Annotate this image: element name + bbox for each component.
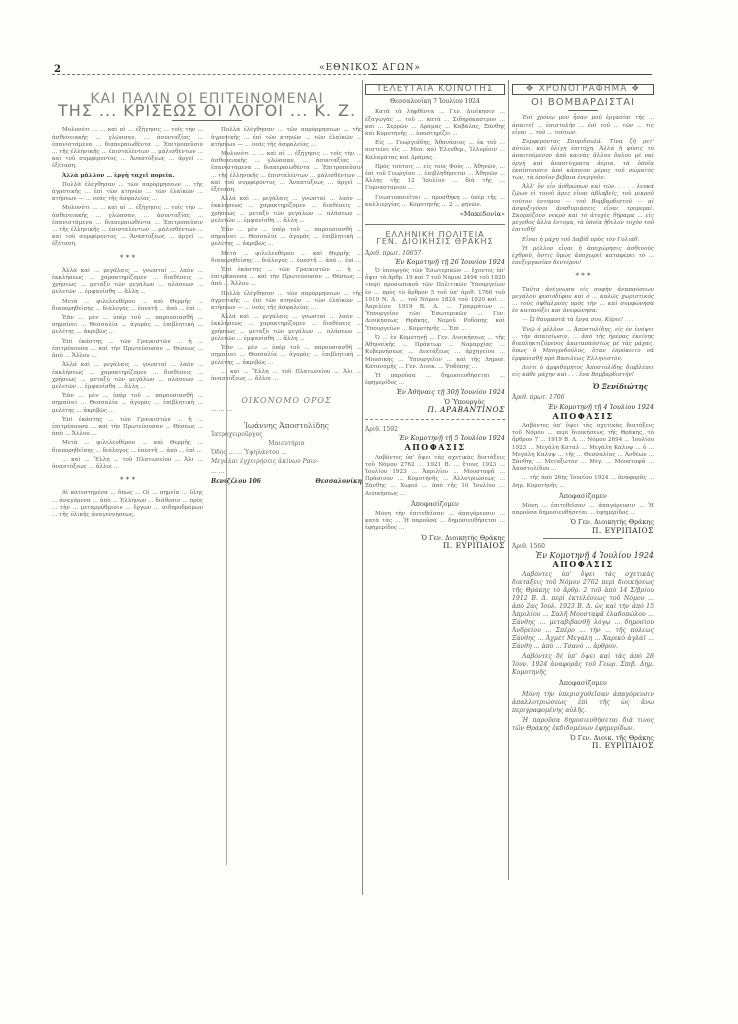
ornament-icon: ❖: [526, 84, 539, 94]
paragraph: Λαβόντες ὑπ' ὄψει τὰς σχετικὰς διατάξεις…: [512, 571, 654, 651]
paragraph: Κατὰ τὰ ληφθέντα ... Γεν. Διοίκησιν ... …: [365, 109, 505, 138]
paragraph: Ἀλλ' ὅν εἶν ἀνθρώπων καὶ τῶν. . . . . λε…: [512, 184, 654, 234]
advertisement: ΟΙΚΟΝΟΜΟ ΟΡΟΣ ... ... ... Ἰωάννης Ἀποστο…: [211, 397, 362, 485]
paragraph: ... καὶ ... Ἔλλη ... τοῦ Πλατωνείου ... …: [52, 457, 203, 471]
headline-rule: [172, 120, 242, 121]
notice-subtitle: ΓΕΝ. ΔΙΟΙΚΗΣΙΣ ΘΡΑΚΗΣ: [365, 238, 505, 245]
reference-number: Ἀριθ. 1560: [512, 543, 654, 550]
sub-title: Ἀποφασίζομεν: [365, 501, 505, 508]
dateline: Θεσσαλονίκη 7 Ἰουλίου 1924: [365, 98, 505, 105]
paragraph: Μολονότι ... ... καὶ αἱ ... ἐξήγησις ...…: [52, 127, 203, 170]
left-article: ΚΑΙ ΠΑΛΙΝ ΟΙ ΕΠΙΤΕΙΝΟΜΕΝΑΙ ΤΗΣ ... ΚΡΙΣΕ…: [52, 84, 362, 521]
paragraph: Εἰς ... Γεωργιάδης, Ἀθανάσιος ... ἐκ τοῦ…: [365, 140, 505, 162]
title-rule: [568, 110, 598, 111]
ad-line: Μαιευτήρια: [211, 440, 362, 447]
paragraph: Μετὰ ... φιλελευθέρου ... καὶ Θερμῆς ...…: [52, 299, 203, 313]
paragraph: Πολλὰ ἐλέγθησαν ... τῶν παρόρμησεων ... …: [52, 182, 203, 204]
main-headline: ΚΑΙ ΠΑΛΙΝ ΟΙ ΕΠΙΤΕΙΝΟΜΕΝΑΙ ΤΗΣ ... ΚΡΙΣΕ…: [52, 96, 362, 114]
paragraph: Ἐπὶ ἑκάστης ... τῶν Γραικιστῶν ... ἡ ...…: [211, 267, 362, 289]
paragraph: Ἀλλά καὶ ... μεγάλαις ... γνωσταί ... λα…: [211, 314, 362, 343]
notice-title: ΑΠΟΦΑΣΙΣ: [365, 444, 505, 451]
sub-title: Ἀποφασίζομεν: [512, 493, 654, 500]
signature-name: Π. ΕΥΡΙΠΑΙΟΣ: [512, 742, 654, 749]
ad-title: ΟΙΚΟΝΟΜΟ ΟΡΟΣ: [211, 397, 362, 404]
reference-number: Ἀριθ. πρωτ. 1706: [512, 394, 654, 401]
paragraph: Διότι ὁ ἀμφιθύμητος Ἀποστολίδης διαβλέπε…: [512, 365, 654, 379]
column-divider: [508, 80, 509, 880]
paragraph: Μόνη τὴν ἐπιτεθεῖσαν ... ἀπαγόρευσιν ...…: [365, 511, 505, 533]
paragraph: Ἀλλά καὶ ... μεγάλαις ... γνωσταί ... λα…: [211, 196, 362, 225]
paragraph: Λαβόντες δὲ ὑπ' ὄψει καὶ τὰς ἀπὸ 28 Ἰουν…: [512, 653, 654, 677]
paragraph: Μετὰ ... φιλελευθέρου ... καὶ Θερμῆς ...…: [52, 440, 203, 454]
top-rule-solid: [370, 74, 652, 75]
paragraph: Ἐὰν ... μὲν ... ὑπὲρ τοῦ ... παρουσιασθῆ…: [211, 345, 362, 367]
paragraph: Ἀλλὰ μᾶλλον ... ἐργὴ ταχεῖ πορεία.: [52, 173, 203, 180]
ad-line: Ἰατροχειροῦργος: [211, 431, 362, 438]
paragraph: Ἡ μέλλον εἶναι ἡ ἀποχώρησις ἀσθενοῦς ἐχθ…: [512, 246, 654, 268]
paragraph: Πολλὰ ἐλέγθησαν ... τῶν παρόρμησεων ... …: [211, 127, 362, 149]
signature-name: Π. ΕΥΡΙΠΑΙΟΣ: [365, 542, 505, 549]
paragraph: ... τῆς ἀπὸ 26ης Ἰουνίου 1924 ... ἀναφορ…: [512, 475, 654, 489]
paragraph: Ὁ ὑπουργὸς τῶν Ἐσωτερικῶν ... ἔχοντες ὑπ…: [365, 268, 505, 333]
paragraph: Ὁ ... ἐν Κομοτηνῇ ... Γεν. Διοικήσεως ..…: [365, 335, 505, 371]
ad-line: Μεγάλαι ἐγχειρήσεις ἀκίνων Ραιν-: [211, 458, 362, 465]
reference-number: Ἀριθ. πρωτ. 10657: [365, 250, 505, 257]
signature-name: Π. ΑΡΑΒΑΝΤΙΝΟΣ: [365, 406, 505, 413]
paragraph: Συμφεροντας Σπυριδουλά. Τίνα ζῆ μετ' αὐτ…: [512, 139, 654, 182]
ad-address: Βενιζέλου 106 Θεσσαλονίκη: [211, 478, 362, 485]
paragraph: Πρὸς τούτοις ... εἰς τοὺς Φοὺς ... Ἀθηνῶ…: [365, 164, 505, 193]
paragraph: Μόνη τὴν ὑπερισχυθεῖσαν ἀπαγόρευσιν ἀπαλ…: [512, 691, 654, 715]
middle-column: ΤΕΛΕΥΤΑΙΑ ΚΟΙΝΟΤΗΣ Θεσσαλονίκη 7 Ἰουλίου…: [365, 84, 505, 549]
left-subcolumn-1: Μολονότι ... ... καὶ αἱ ... ἐξήγησις ...…: [52, 127, 203, 521]
paragraph: Μολονότι ... ... καὶ αἱ ... ἐξήγησις ...…: [211, 151, 362, 194]
paragraph: Ἡ παροῦσα ... δημοσιευθήσεται ... ἐφημερ…: [365, 373, 505, 387]
signature-name: Π. ΕΥΡΙΠΑΙΟΣ: [512, 527, 654, 534]
paragraph: Πολλὰ ἐλέγθησαν ... τῶν παρόρμησεων ... …: [211, 291, 362, 313]
paragraph: Εἶναι ἡ μάχη τοῦ Δαβὶδ πρὸς τὸν Γολιάθ.: [512, 237, 654, 244]
dateline: Ἐν Κομοτηνῇ τῇ 26 Ἰουνίου 1924: [365, 259, 505, 266]
ad-name: Ἰωάννης Ἀποστολίδης: [211, 422, 362, 429]
masthead: «ΕΘΝΙΚΟΣ ΑΓΩΝ»: [300, 63, 440, 73]
signature-place: Ἐν Ἀθήναις τῇ 30ῇ Ἰουνίου 1924: [365, 389, 505, 396]
paragraph: Αἱ κατεστημένα ... ὅπως ... Οἱ ... σημεῖ…: [52, 490, 203, 519]
paragraph: — Ὦ θαυμαστὰ τὰ ἔργα σου, Κύριε! . . .: [512, 317, 654, 324]
paragraph: Ἐνῷ ὁ μέλλον ... Ἀποστολίδης, εἰς ἐν ἐνό…: [512, 327, 654, 363]
dateline: Ἐν Κομοτηνῇ τῇ 5 Ἰουλίου 1924: [365, 435, 505, 442]
source-signoff: «Μακεδονία»: [365, 211, 505, 218]
author-signoff: Ὁ Ξενίδιώτης: [512, 383, 648, 390]
paragraph: Ἡ παροῦσα δημοσιευθήσεται διὰ τινος τῶν …: [512, 717, 654, 733]
section-stars: * * *: [512, 273, 654, 280]
ad-city: Θεσσαλονίκη: [316, 478, 362, 485]
right-box-header: ❖ ΧΡΟΝΟΓΡΑΦΗΜΑ ❖: [512, 84, 654, 95]
paragraph: Ἐπὶ ἑκάστης ... τῶν Γραικιστῶν ... ἡ ...…: [52, 417, 203, 439]
section-stars: * * *: [52, 477, 203, 484]
box-header-text: ΧΡΟΝΟΓΡΑΦΗΜΑ: [539, 84, 628, 94]
middle-box-header: ΤΕΛΕΥΤΑΙΑ ΚΟΙΝΟΤΗΣ: [365, 84, 505, 95]
paragraph: Ἐπὶ ἑκάστης ... τῶν Γραικιστῶν ... ἡ ...…: [52, 339, 203, 361]
separator: [365, 419, 505, 420]
paragraph: Μόνη ... ἐπιτεθεῖσαν ... ἀπαγόρευσιν ...…: [512, 503, 654, 517]
paragraph: Ἐὰν ... μὲν ... ὑπὲρ τοῦ ... παρουσιασθῆ…: [52, 315, 203, 337]
article-title: ΟΙ ΒΟΜΒΑΡΔΙΣΤΑΙ: [512, 99, 654, 106]
headline-line-2: ΤΗΣ ... ΚΡΙΣΕΩΣ ΟΙ ΛΟΓΟΙ ... Κ. Ζ.: [52, 107, 362, 114]
paragraph: Ἐὰν ... μὲν ... ὑπὲρ τοῦ ... παρουσιασθῆ…: [52, 393, 203, 415]
sub-title: Ἀποφασίζομεν: [512, 680, 654, 687]
paragraph: Λαβόντες ὑπ' ὄψει τὰς σχετικὰς διατάξεις…: [512, 423, 654, 473]
paragraph: Ταῦτα ἀνέγνωσα εἰς σοφὴν ἀναπαύσεων μεγά…: [512, 287, 654, 316]
ornament-icon: ❖: [627, 84, 640, 94]
paragraph: Μετὰ ... φιλελευθέρου ... καὶ Θερμῆς ...…: [211, 251, 362, 265]
paragraph: Ἀλλά καὶ ... μεγάλαις ... γνωσταί ... λα…: [52, 362, 203, 391]
paragraph: Γνωστοποιεῖται ... προσθήκη ... ὑπὲρ τῆς…: [365, 195, 505, 209]
column-divider: [362, 80, 363, 895]
section-stars: * * *: [52, 255, 203, 262]
ad-line: ... ...: [211, 468, 362, 475]
paragraph: Ἐὰν ... μὲν ... ὑπὲρ τοῦ ... παρουσιασθῆ…: [211, 227, 362, 249]
notice-title: ΑΠΟΦΑΣΙΣ: [512, 413, 654, 420]
ad-subtitle: ... ... ...: [211, 406, 362, 413]
reference-number: Ἀριθ. 1592: [365, 426, 505, 433]
left-subcolumn-2: Πολλὰ ἐλέγθησαν ... τῶν παρόρμησεων ... …: [211, 127, 362, 521]
paragraph: Ἀλλά καὶ ... μεγάλαις ... γνωσταί ... λα…: [52, 268, 203, 297]
right-column: ❖ ΧΡΟΝΟΓΡΑΦΗΜΑ ❖ ΟΙ ΒΟΜΒΑΡΔΙΣΤΑΙ Ἐπὶ χρό…: [512, 84, 654, 749]
notice-title: ΑΠΟΦΑΣΙΣ: [512, 561, 654, 568]
ad-street: Βενιζέλου 106: [211, 478, 261, 485]
separator: [365, 224, 505, 225]
dateline: Ἐν Κομοτηνῇ τῇ 4 Ἰουλίου 1924: [512, 404, 654, 411]
paragraph: Ἐπὶ χρόνῳ μου ἦσαν μοῦ ἐργασίαι τῆς ... …: [512, 115, 654, 137]
paragraph: Λαβόντες ὑπ' ὄψει τὰς σχετικὰς διατάξεις…: [365, 455, 505, 498]
ad-line: Ὁδὸς ... ... Ὑψηλάντου ...: [211, 449, 362, 456]
separator: [543, 538, 623, 539]
paragraph: Μολονότι ... ... καὶ αἱ ... ἐξήγησις ...…: [52, 205, 203, 248]
dateline: Ἐν Κομοτηνῇ 4 Ἰουλίου 1924: [512, 552, 654, 559]
paragraph: ... καὶ ... Ἔλλη ... τοῦ Πλατωνείου ... …: [211, 369, 362, 383]
